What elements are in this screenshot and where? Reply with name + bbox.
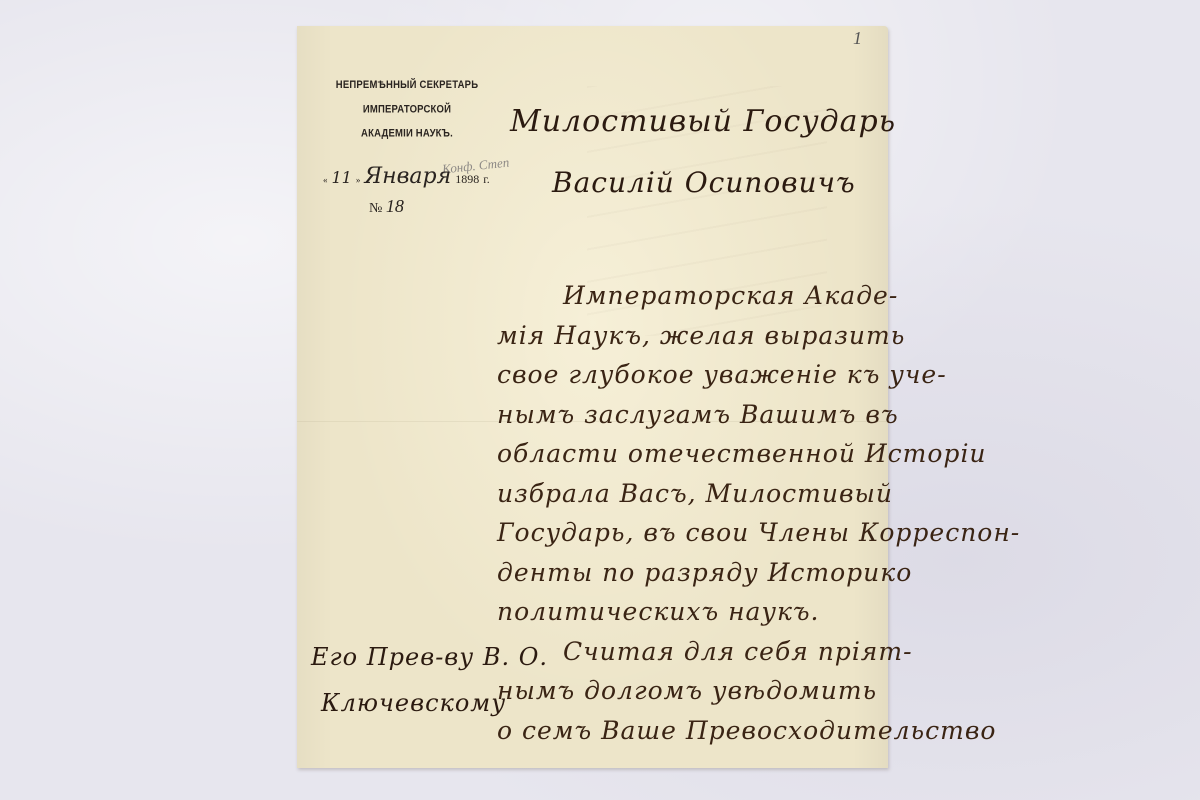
date-suffix: г. (483, 172, 490, 186)
date-year: 1898 (455, 172, 479, 186)
body-line: мія Наукъ, желая выразить (497, 316, 877, 356)
date-month: Января (364, 164, 451, 189)
printed-letterhead: НЕПРЕМѢННЫЙ СЕКРЕТАРЬ ИМПЕРАТОРСКОЙ АКАД… (307, 73, 507, 145)
date-close-quote: » (356, 175, 361, 185)
body-line: нымъ долгомъ увѣдомить (497, 671, 877, 711)
addressee-name: Василій Осиповичъ (552, 166, 856, 199)
body-line: Считая для себя пріят- (497, 632, 877, 672)
date-day: 11 (332, 168, 352, 187)
number-value: 18 (386, 196, 404, 216)
salutation: Милостивый Государь (510, 104, 896, 139)
body-line: Государь, въ свои Члены Корреспон- (497, 513, 877, 553)
body-line: политическихъ наукъ. (497, 592, 877, 632)
recipient-title: Его Прев-ву В. О. (311, 634, 548, 680)
body-line: о семъ Ваше Превосходительство (497, 711, 877, 751)
body-line: Императорская Акаде- (497, 276, 877, 316)
body-line: свое глубокое уваженіе къ уче- (497, 355, 877, 395)
letterhead-line: АКАДЕМІИ НАУКЪ. (307, 122, 507, 146)
recipient-surname: Ключевскому (311, 680, 548, 726)
outgoing-number: № 18 (369, 196, 404, 217)
recipient-block: Его Прев-ву В. О. Ключевскому (311, 634, 548, 726)
letterhead-line: ИМПЕРАТОРСКОЙ (307, 97, 507, 121)
body-line: нымъ заслугамъ Вашимъ въ (497, 395, 877, 435)
number-label: № (369, 201, 382, 216)
body-line: избрала Васъ, Милостивый (497, 474, 877, 514)
body-line: области отечественной Исторіи (497, 434, 877, 474)
date-open-quote: « (323, 175, 328, 185)
body-line: денты по разряду Историко (497, 553, 877, 593)
letterhead-line: НЕПРЕМѢННЫЙ СЕКРЕТАРЬ (307, 73, 507, 97)
page-number: 1 (853, 28, 862, 49)
letter-body: Императорская Акаде- мія Наукъ, желая вы… (497, 276, 877, 750)
letter-date: « 11 » Января 1898 г. (323, 164, 490, 189)
letter-page: 1 НЕПРЕМѢННЫЙ СЕКРЕТАРЬ ИМПЕРАТОРСКОЙ АК… (297, 26, 888, 768)
